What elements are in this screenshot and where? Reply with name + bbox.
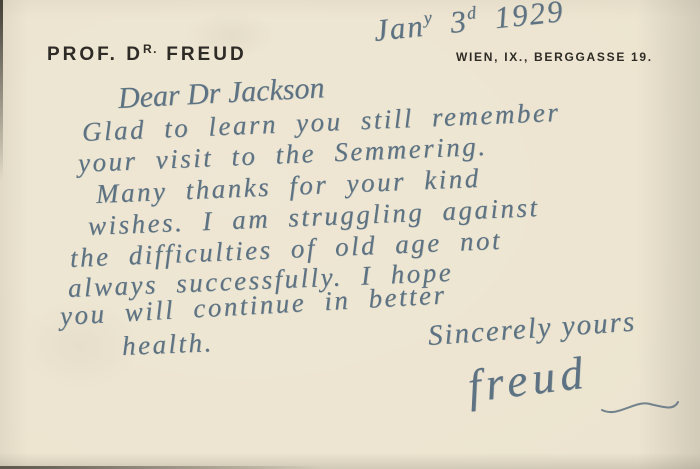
date-month-superscript: y xyxy=(423,7,435,28)
body-line: health. xyxy=(121,327,214,362)
letter-photograph: PROF. DR. FREUD WIEN, IX., BERGGASSE 19.… xyxy=(0,0,700,469)
photo-edge-left xyxy=(0,0,3,190)
letterhead-address: WIEN, IX., BERGGASSE 19. xyxy=(456,50,653,64)
handwritten-date: Jany3d1929 xyxy=(372,0,566,49)
date-month: Jan xyxy=(372,8,426,48)
letterhead-suffix: FREUD xyxy=(158,44,247,65)
date-year: 1929 xyxy=(493,0,566,35)
letterhead-superscript: R. xyxy=(143,42,158,56)
signature: freud xyxy=(465,346,591,413)
date-day-superscript: d xyxy=(466,2,479,23)
letterhead-name: PROF. DR. FREUD xyxy=(47,42,247,66)
signature-flourish-icon xyxy=(600,392,680,418)
letterhead-prefix: PROF. D xyxy=(47,44,143,65)
closing-line: Sincerely yours xyxy=(427,305,637,352)
